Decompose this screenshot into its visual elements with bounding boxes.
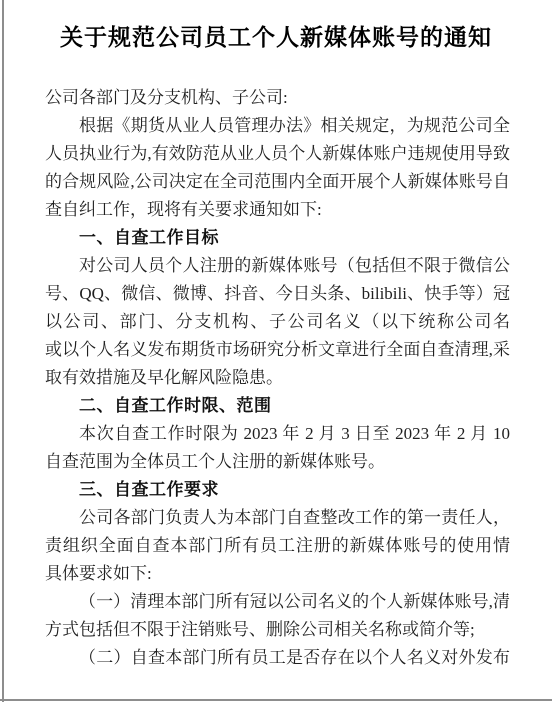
doc-line: 以公司、部门、分支机构、子公司名义（以下统称公司名义）， [45,308,510,336]
doc-salutation: 公司各部门及分支机构、子公司: [45,84,510,112]
doc-line: 方式包括但不限于注销账号、删除公司相关名称或简介等; [45,616,510,644]
doc-line: 公司各部门负责人为本部门自查整改工作的第一责任人，负 [45,504,510,532]
doc-line: （一）清理本部门所有冠以公司名义的个人新媒体账号,清理 [45,588,510,616]
page-border-left [2,0,4,702]
doc-line: 本次自查工作时限为 2023 年 2 月 3 日至 2023 年 2 月 10 … [45,420,510,448]
doc-line: 对公司人员个人注册的新媒体账号（包括但不限于微信公众 [45,252,510,280]
doc-line: 取有效措施及早化解风险隐患。 [45,364,510,392]
doc-line: 或以个人名义发布期货市场研究分析文章进行全面自查清理,采 [45,336,510,364]
doc-line: 自查范围为全体员工个人注册的新媒体账号。 [45,448,510,476]
doc-line: 查自纠工作，现将有关要求通知如下: [45,196,510,224]
page-border-bottom [0,699,552,701]
document-body: 公司各部门及分支机构、子公司: 根据《期货从业人员管理办法》相关规定，为规范公司… [45,84,510,672]
document-page: 关于规范公司员工个人新媒体账号的通知 公司各部门及分支机构、子公司: 根据《期货… [0,0,552,702]
doc-line: 责组织全面自查本部门所有员工注册的新媒体账号的使用情况， [45,532,510,560]
doc-line: 的合规风险,公司决定在全司范围内全面开展个人新媒体账号自 [45,168,510,196]
document-title: 关于规范公司员工个人新媒体账号的通知 [34,22,518,52]
doc-line: 根据《期货从业人员管理办法》相关规定，为规范公司全体 [45,112,510,140]
doc-line: 号、QQ、微信、微博、抖音、今日头条、bilibili、快手等）冠 [45,280,510,308]
doc-line: 人员执业行为,有效防范从业人员个人新媒体账户违规使用导致 [45,140,510,168]
section-heading-1: 一、自查工作目标 [45,224,510,252]
doc-line: （二）自查本部门所有员工是否存在以个人名义对外发布带 [45,644,510,672]
section-heading-2: 二、自查工作时限、范围 [45,392,510,420]
doc-line: 具体要求如下: [45,560,510,588]
section-heading-3: 三、自查工作要求 [45,476,510,504]
